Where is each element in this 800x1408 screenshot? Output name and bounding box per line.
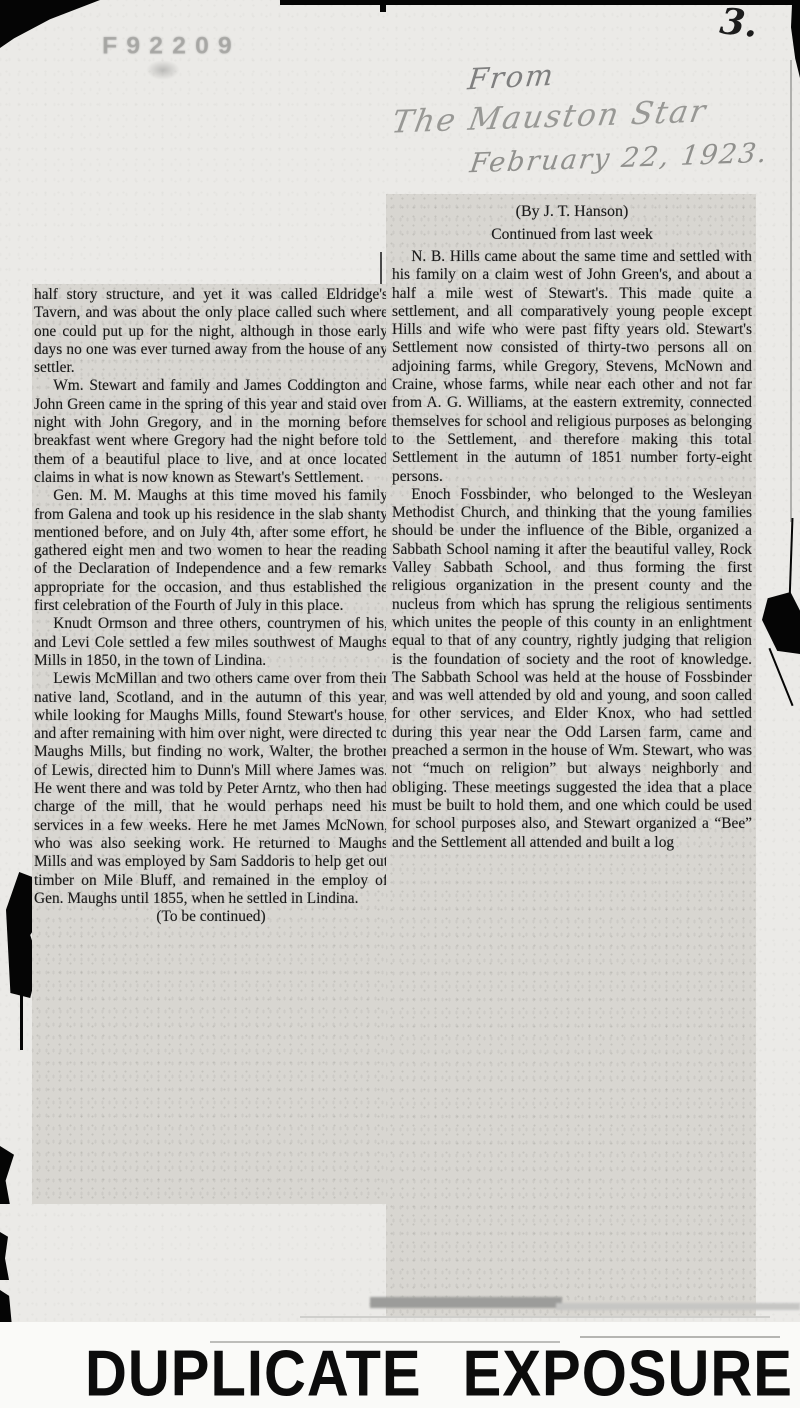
faint-stamp: F92209: [102, 33, 241, 61]
newspaper-right-column: (By J. T. Hanson) Continued from last we…: [386, 194, 756, 1318]
handwritten-page-number: 3.: [718, 0, 760, 46]
scan-artifact-top-tick: [380, 0, 386, 12]
handwritten-note-source: The Mauston Star: [389, 93, 710, 140]
byline: (By J. T. Hanson): [392, 200, 752, 224]
to-be-continued-line: (To be continued): [34, 908, 388, 926]
banner-text: DUPLICATE EXPOSURE: [78, 1336, 800, 1408]
handwritten-note-from: From: [466, 58, 557, 97]
scan-smudge: [370, 1297, 562, 1308]
scan-smudge: [556, 1303, 800, 1310]
paragraph: Enoch Fossbinder, who belonged to the We…: [392, 486, 752, 852]
paragraph: Gen. M. M. Maughs at this time moved his…: [34, 487, 388, 615]
scan-line: [300, 1316, 770, 1318]
scanned-newspaper-page: F92209 3. From The Mauston Star February…: [0, 0, 800, 1408]
scan-artifact-left-thread: [20, 994, 23, 1050]
paragraph: Lewis McMillan and two others came over …: [34, 670, 388, 908]
scan-artifact-top-left-corner: [0, 0, 100, 48]
scan-artifact-right-blob: [762, 592, 800, 654]
paragraph: N. B. Hills came about the same time and…: [392, 248, 752, 486]
paragraph: Knudt Ormson and three others, countryme…: [34, 615, 388, 670]
paragraph: Wm. Stewart and family and James Codding…: [34, 377, 388, 487]
duplicate-exposure-banner: DUPLICATE EXPOSURE: [0, 1322, 800, 1408]
scan-artifact-bottom-left-1: [0, 1146, 14, 1204]
stamp-smudge: [146, 60, 180, 80]
scan-artifact-bottom-left-2: [0, 1232, 10, 1280]
scan-artifact-right-edge-line: [790, 60, 792, 522]
newspaper-left-column: half story structure, and yet it was cal…: [32, 284, 390, 1204]
paragraph: half story structure, and yet it was cal…: [34, 286, 388, 377]
continuation-note: Continued from last week: [392, 224, 752, 246]
scan-artifact-right-thread: [789, 518, 794, 602]
scan-artifact-right-diagonal-thread: [768, 648, 793, 706]
handwritten-note-date: February 22, 1923.: [468, 138, 771, 180]
